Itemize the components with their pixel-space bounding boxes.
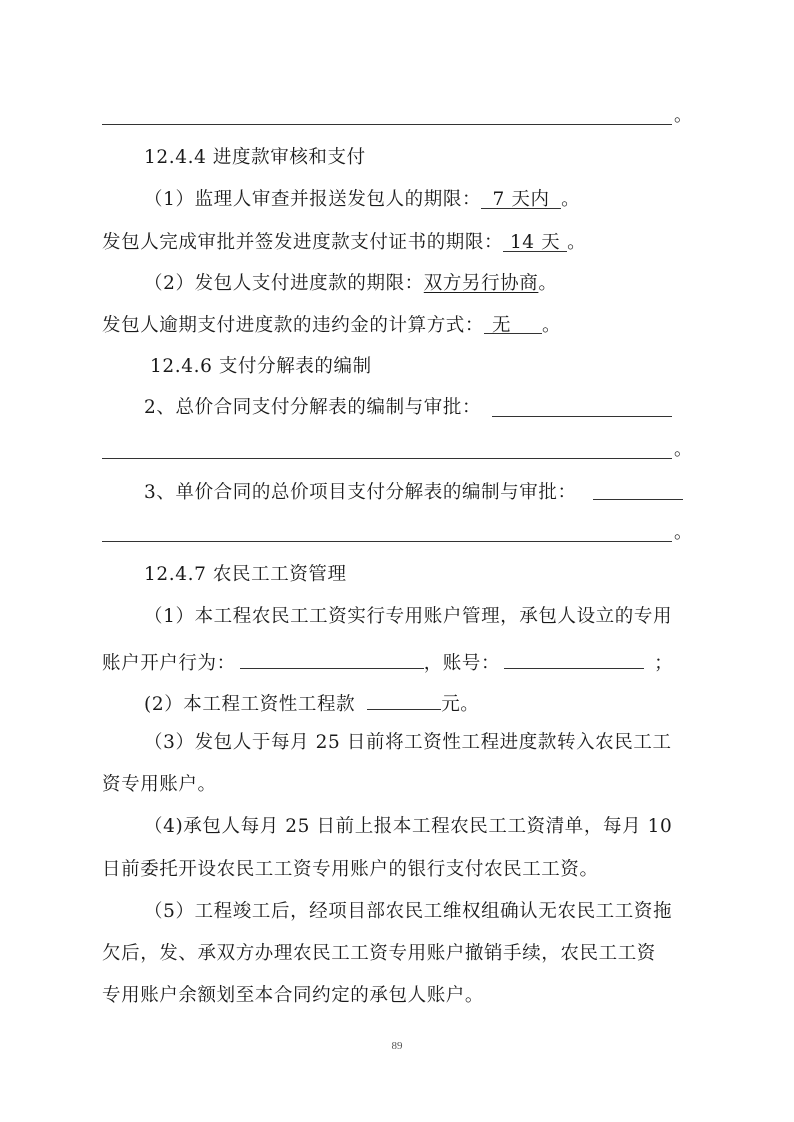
- field-payment-period[interactable]: 双方另行协商: [424, 273, 539, 294]
- field-approval-period[interactable]: 14 天: [503, 231, 567, 252]
- paragraph-wage-account-line2: 账户开户行为：，账号：；: [102, 648, 673, 676]
- end-period: 。: [674, 438, 692, 462]
- paragraph-item4-line1: （4)承包人每月 25 日前上报本工程农民工工资清单，每月 10: [144, 815, 672, 839]
- paragraph-item5-line1: （5）工程竣工后，经项目部农民工维权组确认无农民工工资拖: [144, 900, 672, 924]
- field-unit-price-schedule-line1[interactable]: [593, 499, 683, 500]
- section-heading-12-4-4: 12.4.4 进度款审核和支付: [144, 146, 366, 170]
- paragraph-wage-amount: (2）本工程工资性工程款元。: [144, 689, 479, 717]
- paragraph-item5-line2: 欠后，发、承双方办理农民工工资专用账户撤销手续，农民工工资: [102, 942, 656, 966]
- end-period: 。: [674, 521, 692, 545]
- document-page: 。 12.4.4 进度款审核和支付 （1）监理人审查并报送发包人的期限：7 天内…: [0, 0, 794, 1122]
- fill-in-line-continuation[interactable]: [102, 124, 672, 125]
- field-late-penalty[interactable]: 无: [484, 314, 542, 334]
- section-heading-12-4-6: 12.4.6 支付分解表的编制: [150, 355, 372, 379]
- paragraph-item4-line2: 日前委托开设农民工工资专用账户的银行支付农民工工资。: [102, 858, 599, 882]
- label: （2）发包人支付进度款的期限：: [144, 273, 424, 294]
- paragraph-supervisor-review-period: （1）监理人审查并报送发包人的期限：7 天内。: [144, 188, 580, 212]
- paragraph-wage-account-line1: （1）本工程农民工工资实行专用账户管理，承包人设立的专用: [144, 605, 672, 629]
- paragraph-item3-line2: 资专用账户。: [102, 773, 217, 797]
- paragraph-late-penalty: 发包人逾期支付进度款的违约金的计算方式：无。: [102, 314, 561, 338]
- paragraph-payment-period: （2）发包人支付进度款的期限：双方另行协商。: [144, 272, 558, 296]
- paragraph-unit-price-schedule: 3、单价合同的总价项目支付分解表的编制与审批：: [144, 481, 577, 505]
- paragraph-item5-line3: 专用账户余额划至本合同约定的承包人账户。: [102, 984, 484, 1008]
- field-wage-amount[interactable]: [367, 689, 441, 710]
- label: 发包人逾期支付进度款的违约金的计算方式：: [102, 315, 484, 336]
- field-total-price-schedule-line2[interactable]: [102, 458, 672, 459]
- end-period: 。: [674, 104, 692, 128]
- section-heading-12-4-7: 12.4.7 农民工工资管理: [144, 563, 347, 587]
- account-label: ，账号：: [424, 653, 500, 674]
- paragraph-approval-period: 发包人完成审批并签发进度款支付证书的期限：14 天。: [102, 231, 586, 255]
- page-number: 89: [0, 1040, 794, 1052]
- label: （1）监理人审查并报送发包人的期限：: [144, 189, 481, 210]
- label: 账户开户行为：: [102, 653, 236, 674]
- paragraph-item3-line1: （3）发包人于每月 25 日前将工资性工程进度款转入农民工工: [144, 731, 672, 755]
- label: 发包人完成审批并签发进度款支付证书的期限：: [102, 232, 503, 253]
- field-unit-price-schedule-line2[interactable]: [102, 541, 672, 542]
- field-account-number[interactable]: [504, 648, 644, 669]
- field-total-price-schedule-line1[interactable]: [492, 416, 672, 417]
- label: (2）本工程工资性工程款: [144, 694, 355, 715]
- label: 2、总价合同支付分解表的编制与审批：: [144, 397, 481, 418]
- label: 3、单价合同的总价项目支付分解表的编制与审批：: [144, 482, 577, 503]
- field-bank-name[interactable]: [240, 648, 424, 669]
- paragraph-total-price-schedule: 2、总价合同支付分解表的编制与审批：: [144, 396, 481, 420]
- field-supervisor-review-period[interactable]: 7 天内: [481, 188, 561, 209]
